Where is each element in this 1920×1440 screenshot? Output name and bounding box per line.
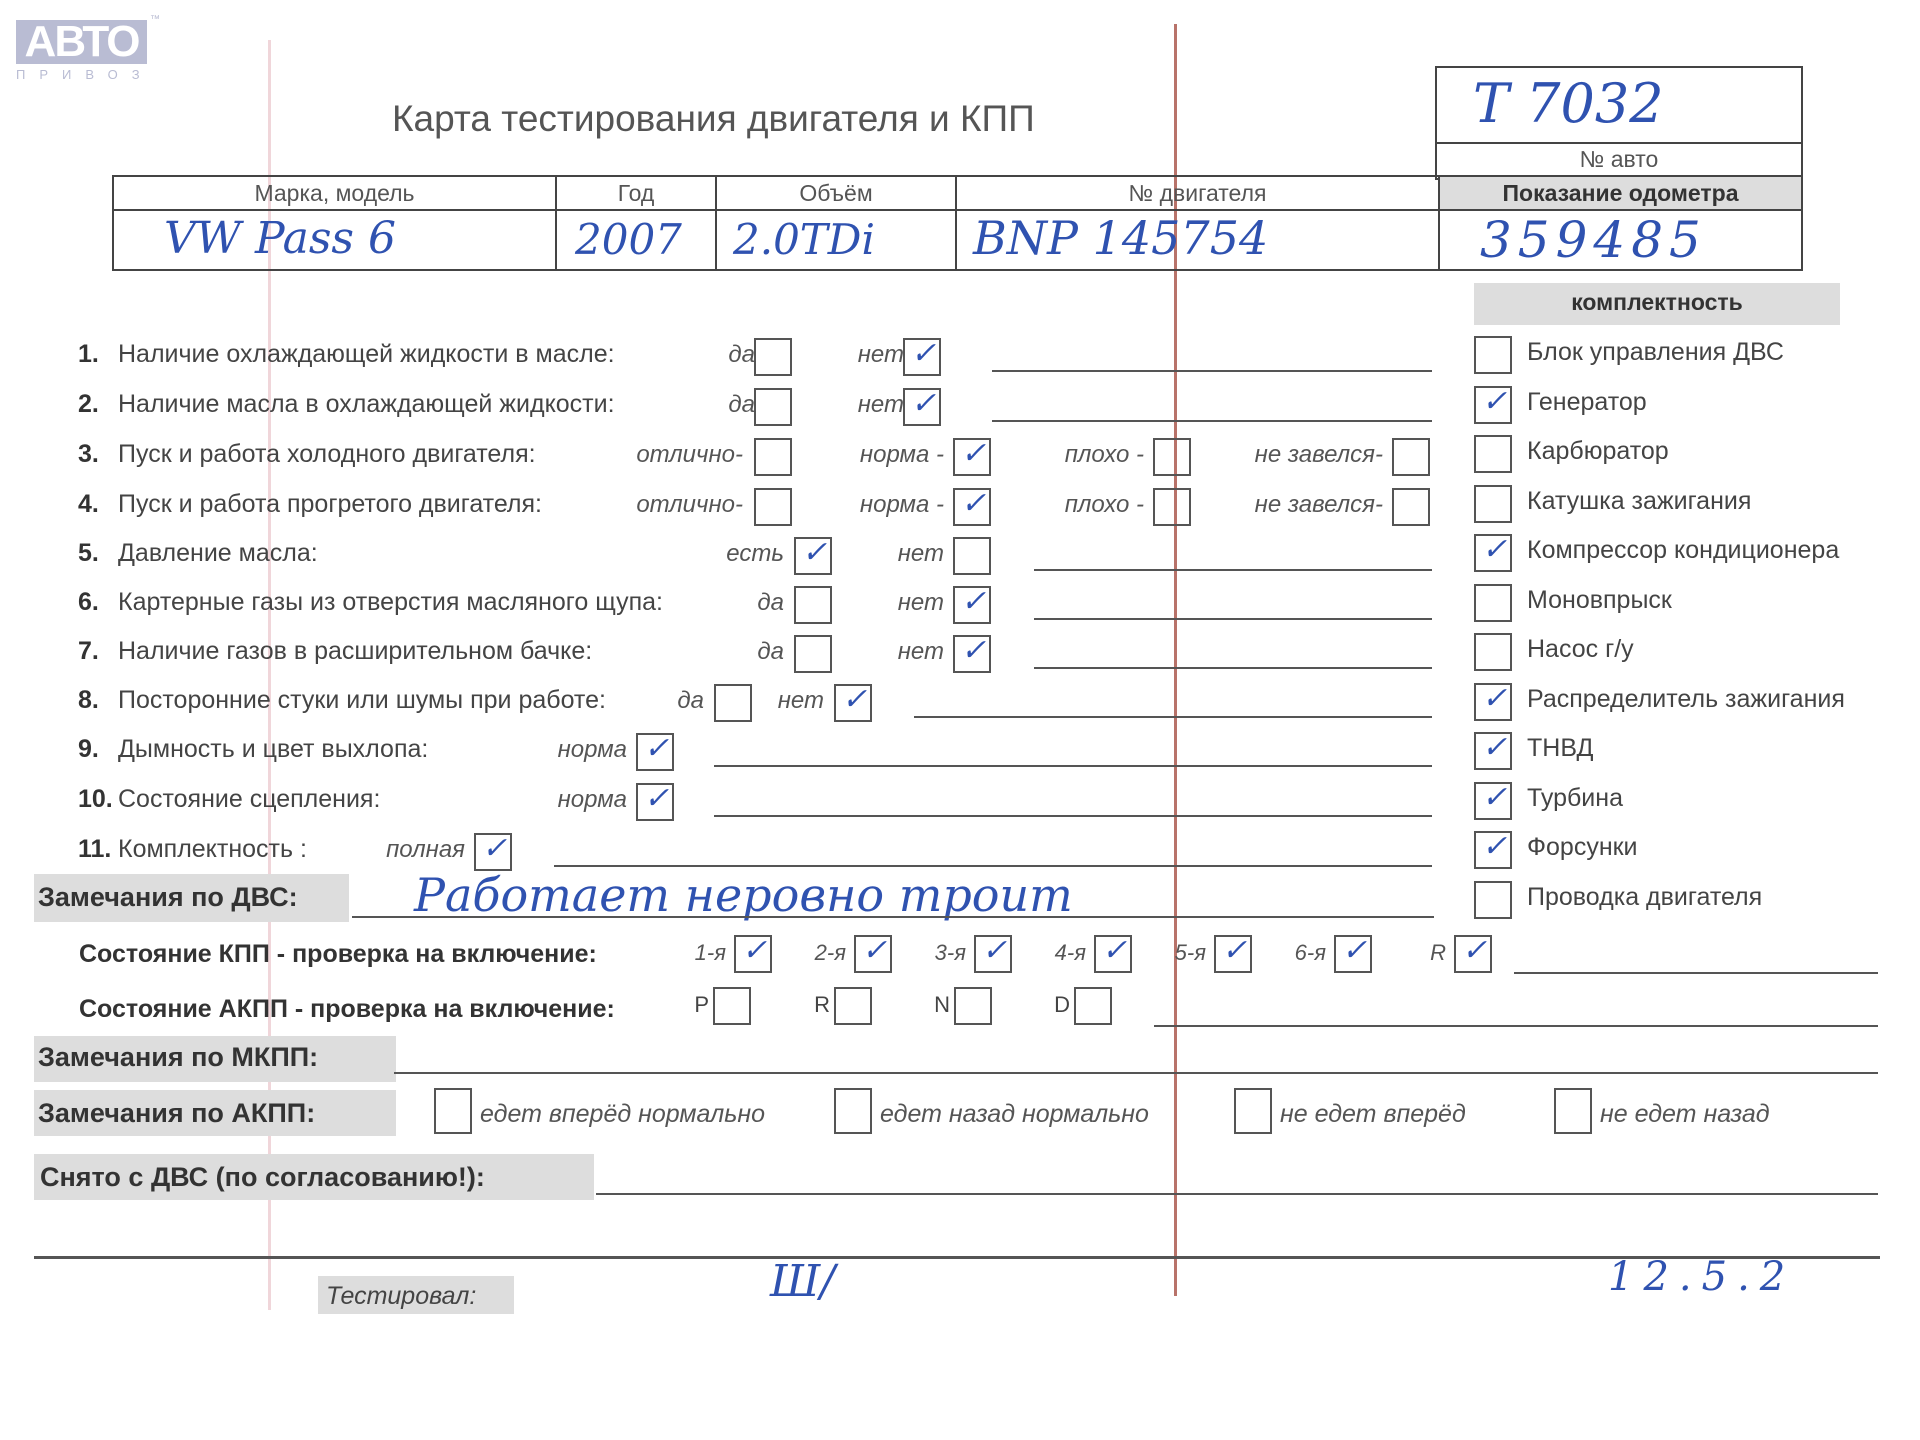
completeness-item-label: Блок управления ДВС (1527, 338, 1784, 367)
gear-label: D (0, 992, 1070, 1018)
option-checkbox[interactable]: ✓ (474, 833, 512, 871)
completeness-checkbox[interactable] (1474, 336, 1512, 374)
manual-remarks-field[interactable] (394, 1072, 1878, 1074)
check-mark-icon: ✓ (1462, 933, 1487, 968)
option-label: не завелся- (0, 491, 1383, 519)
col-header-volume: Объём (717, 180, 955, 207)
option-checkbox[interactable]: ✓ (834, 684, 872, 722)
volume-value: 2.0TDi (733, 215, 875, 264)
completeness-checkbox[interactable]: ✓ (1474, 831, 1512, 869)
option-label: нет (0, 687, 824, 715)
gear-checkbox[interactable] (1074, 987, 1112, 1025)
notes-field[interactable] (1034, 667, 1432, 669)
auto-remark-label: не едет вперёд (1280, 1100, 1466, 1129)
completeness-checkbox[interactable] (1474, 633, 1512, 671)
engine-remarks-value[interactable]: Работает неровно троит (414, 868, 1073, 922)
removed-label: Снято с ДВС (по согласованию!): (40, 1162, 485, 1193)
trademark: ™ (150, 14, 160, 25)
notes-field[interactable] (914, 716, 1432, 718)
completeness-item-label: Турбина (1527, 784, 1623, 813)
auto-remarks-label: Замечания по АКПП: (38, 1098, 315, 1129)
option-label: нет (0, 540, 944, 568)
notes-field[interactable] (1034, 618, 1432, 620)
check-mark-icon: ✓ (911, 336, 936, 371)
completeness-item-label: Распределитель зажигания (1527, 685, 1845, 714)
auto-remark-label: едет вперёд нормально (480, 1100, 765, 1129)
page-title: Карта тестирования двигателя и КПП (392, 98, 1035, 140)
col-header-make-model: Марка, модель (114, 180, 555, 207)
test-date: 12.5.2 (1608, 1254, 1795, 1300)
removed-field[interactable] (596, 1193, 1878, 1195)
col-header-year: Год (557, 180, 715, 207)
option-checkbox[interactable] (1392, 488, 1430, 526)
check-mark-icon: ✓ (1482, 829, 1507, 864)
completeness-checkbox[interactable] (1474, 881, 1512, 919)
completeness-item-label: Генератор (1527, 388, 1647, 417)
option-label: норма (0, 736, 627, 764)
tester-signature: Ш/ (770, 1256, 835, 1307)
check-mark-icon: ✓ (961, 633, 986, 668)
completeness-item-label: Компрессор кондиционера (1527, 536, 1839, 565)
completeness-checkbox[interactable]: ✓ (1474, 683, 1512, 721)
check-mark-icon: ✓ (842, 682, 867, 717)
auto-number-value: Т 7032 (1473, 72, 1664, 135)
col-header-engine-number: № двигателя (957, 180, 1438, 207)
auto-remark-checkbox[interactable] (1554, 1088, 1592, 1134)
completeness-item-label: ТНВД (1527, 734, 1593, 763)
check-mark-icon: ✓ (1482, 730, 1507, 765)
notes-field[interactable] (714, 815, 1432, 817)
completeness-item-label: Катушка зажигания (1527, 487, 1751, 516)
completeness-item-label: Проводка двигателя (1527, 883, 1762, 912)
notes-field[interactable] (714, 765, 1432, 767)
option-checkbox[interactable]: ✓ (903, 388, 941, 426)
completeness-item-label: Насос г/у (1527, 635, 1634, 664)
engine-remarks-label: Замечания по ДВС: (38, 882, 298, 913)
completeness-checkbox[interactable] (1474, 435, 1512, 473)
completeness-item-label: Форсунки (1527, 833, 1638, 862)
completeness-title: комплектность (1474, 289, 1840, 316)
option-label: норма (0, 786, 627, 814)
option-label: нет (0, 638, 944, 666)
option-label: не завелся- (0, 441, 1383, 469)
notes-field[interactable] (992, 370, 1432, 372)
completeness-checkbox[interactable]: ✓ (1474, 732, 1512, 770)
option-checkbox[interactable] (1392, 438, 1430, 476)
bottom-divider (34, 1256, 1880, 1259)
auto-remark-label: едет назад нормально (880, 1100, 1149, 1129)
check-mark-icon: ✓ (1482, 532, 1507, 567)
completeness-checkbox[interactable] (1474, 485, 1512, 523)
option-checkbox[interactable]: ✓ (636, 733, 674, 771)
col-header-odometer: Показание одометра (1440, 180, 1801, 207)
completeness-checkbox[interactable]: ✓ (1474, 782, 1512, 820)
gear-label: R (0, 940, 1446, 966)
completeness-checkbox[interactable]: ✓ (1474, 534, 1512, 572)
option-checkbox[interactable]: ✓ (953, 635, 991, 673)
option-label: нет (0, 341, 904, 369)
auto-number-box: Т 7032 № авто (1435, 66, 1803, 180)
option-label: нет (0, 589, 944, 617)
check-mark-icon: ✓ (961, 584, 986, 619)
option-checkbox[interactable] (953, 537, 991, 575)
completeness-checkbox[interactable] (1474, 584, 1512, 622)
option-checkbox[interactable]: ✓ (903, 338, 941, 376)
manual-remarks-label: Замечания по МКПП: (38, 1042, 318, 1073)
gear-checkbox[interactable]: ✓ (1454, 935, 1492, 973)
brand-subtitle: ПРИВОЗ (16, 67, 154, 82)
check-mark-icon: ✓ (644, 781, 669, 816)
auto-remark-label: не едет назад (1600, 1100, 1770, 1129)
notes-field[interactable] (992, 420, 1432, 422)
completeness-item-label: Карбюратор (1527, 437, 1669, 466)
check-mark-icon: ✓ (482, 831, 507, 866)
check-mark-icon: ✓ (1482, 780, 1507, 815)
auto-remark-checkbox[interactable] (834, 1088, 872, 1134)
make-model-value: VW Pass 6 (164, 213, 396, 264)
vehicle-info-table: Марка, модель VW Pass 6 Год 2007 Объём 2… (112, 175, 1803, 271)
option-checkbox[interactable]: ✓ (636, 783, 674, 821)
option-label: полная (0, 836, 465, 864)
auto-remark-checkbox[interactable] (434, 1088, 472, 1134)
option-label: нет (0, 391, 904, 419)
completeness-item-label: Моновпрыск (1527, 586, 1672, 615)
check-mark-icon: ✓ (644, 731, 669, 766)
odometer-value: 359485 (1480, 211, 1707, 269)
check-mark-icon: ✓ (911, 386, 936, 421)
notes-field[interactable] (1034, 569, 1432, 571)
auto-number-label: № авто (1437, 146, 1801, 173)
auto-remark-checkbox[interactable] (1234, 1088, 1272, 1134)
brand-logo: АВТО (16, 20, 147, 64)
check-mark-icon: ✓ (1482, 681, 1507, 716)
year-value: 2007 (575, 215, 682, 264)
check-mark-icon: ✓ (1482, 384, 1507, 419)
option-checkbox[interactable]: ✓ (953, 586, 991, 624)
tested-by-label: Тестировал: (326, 1282, 476, 1311)
notes-field[interactable] (554, 865, 1432, 867)
completeness-checkbox[interactable]: ✓ (1474, 386, 1512, 424)
engine-number-value: BNP 145754 (973, 211, 1268, 265)
